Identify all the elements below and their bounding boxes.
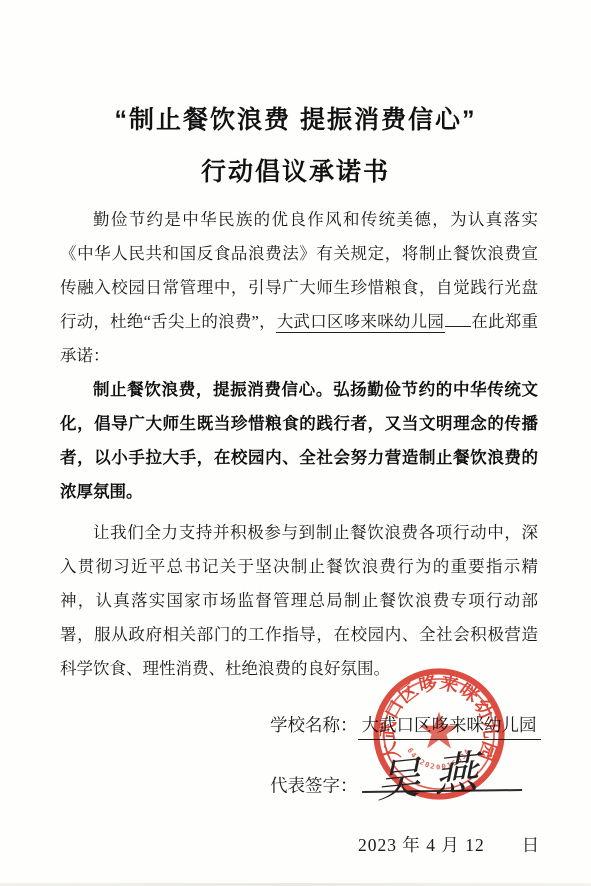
document-title-line2: 行动倡议承诺书 (0, 152, 591, 188)
blank-underline (445, 310, 471, 328)
handwritten-signature: 吴燕 (375, 734, 493, 810)
school-name-inline: 大武口区哆来咪幼儿园 (276, 312, 445, 333)
document-body: 勤俭节约是中华民族的优良作风和传统美德，为认真落实《中华人民共和国反食品浪费法》… (60, 203, 538, 686)
document-page: “制止餐饮浪费 提振消费信心” 行动倡议承诺书 勤俭节约是中华民族的优良作风和传… (0, 0, 591, 886)
document-date: 2023 年 4 月 12 日 (358, 832, 540, 857)
school-name-label: 学校名称： (270, 715, 358, 735)
paragraph-1: 勤俭节约是中华民族的优良作风和传统美德，为认真落实《中华人民共和国反食品浪费法》… (60, 203, 538, 373)
signature-label: 代表签字： (270, 776, 358, 796)
document-title-line1: “制止餐饮浪费 提振消费信心” (0, 100, 591, 136)
paragraph-2: 制止餐饮浪费，提振消费信心。弘扬勤俭节约的中华传统文化，倡导广大师生既当珍惜粮食… (60, 373, 538, 509)
paragraph-3: 让我们全力支持并积极参与到制止餐饮浪费各项行动中，深入贯彻习近平总书记关于坚决制… (60, 516, 538, 686)
